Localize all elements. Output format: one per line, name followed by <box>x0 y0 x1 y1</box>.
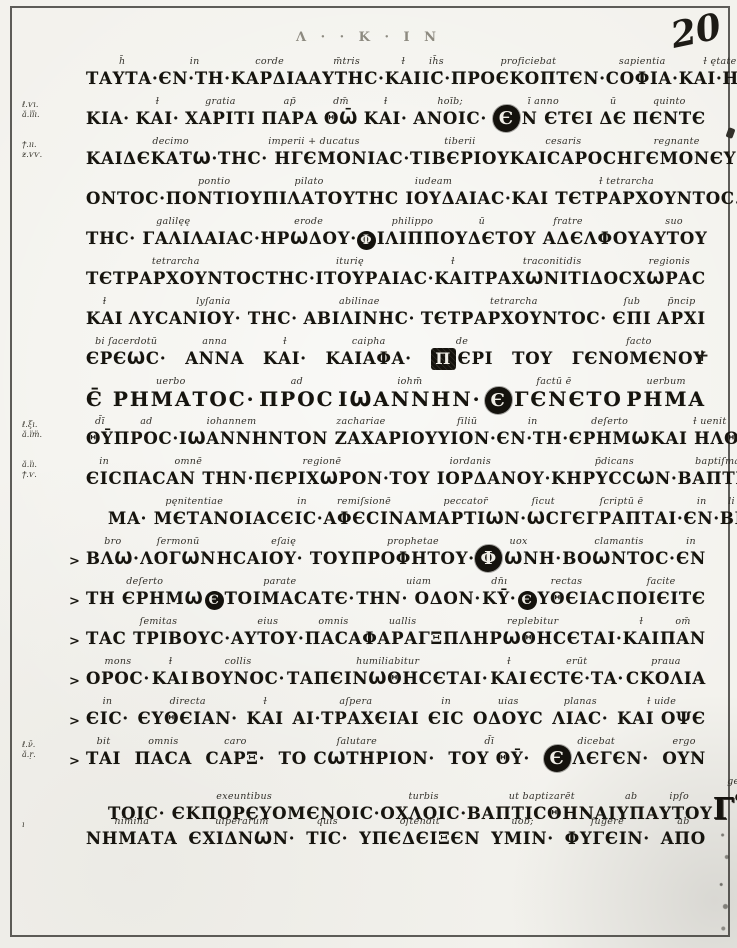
text-line: >broΒΛѠ·ſermonūΛΟΓѠΝeſaięΗСΑΙΟΥ· ΤΟΥprop… <box>86 536 706 576</box>
latin-gloss: ipſo <box>669 791 689 802</box>
latin-gloss: caro <box>224 736 246 747</box>
decorated-initial: Γ <box>713 799 735 821</box>
latin-gloss: ſub <box>624 296 641 307</box>
margin-section-note: ı <box>22 820 80 830</box>
word-pair: p̄ncipΑΡΧΙ <box>657 296 706 331</box>
greek-text: ΤΗС· ΓΑΛΙΛΑΙΑС· <box>86 227 261 251</box>
word-pair: tetrarchaΤЄΤΡΑΡΧΟΥΝΤΟС <box>86 256 266 291</box>
word-pair: pilatoΠΙΛΑΤΟΥ <box>263 176 356 211</box>
latin-gloss: clamantis <box>594 536 643 547</box>
latin-gloss: decimo <box>152 136 189 147</box>
greek-text: ЄΥΘЄΙΑС <box>518 587 616 611</box>
latin-gloss: tetrarcha <box>490 296 538 307</box>
decorated-initial: Φ <box>475 545 502 572</box>
word-pair: regnanteΗΓЄΜΟΝЄΥ <box>617 136 736 171</box>
text-line: >ſemitasΤΑС ΤΡΙΒΟΥС·eiusΑΥΤΟΥ·omnisΠΑСΑu… <box>86 616 706 656</box>
latin-gloss: caipha <box>352 336 386 347</box>
greek-text: ΥΠЄΔЄΙΞЄΝ <box>359 827 480 851</box>
greek-text: ΓЄΓΡΑΠΤΑΙ· <box>560 507 684 531</box>
latin-gloss: oſtendit <box>400 816 440 827</box>
word-pair: inЄΝ·ΤΗ· <box>158 56 230 91</box>
greek-text: ЄΙС· <box>86 707 129 731</box>
greek-text: ΙС̄· <box>422 67 451 91</box>
greek-text: ѠС <box>527 507 560 531</box>
greek-text: ЄΝ <box>676 547 706 571</box>
greek-text: ΚΑΙ <box>86 147 123 171</box>
greek-text: ΡΗΜΑ <box>626 387 706 411</box>
word-pair: inЄΝ·ΤΗ· <box>497 416 569 451</box>
greek-text: ΠЄΡΙΧѠΡΟΝ· <box>254 467 389 491</box>
latin-gloss: bi ſacerdotū <box>95 336 157 347</box>
word-pair: rectasЄΥΘЄΙΑС <box>518 576 616 611</box>
latin-gloss: proficiebat <box>500 56 556 67</box>
word-pair: omnisΠΑСΑ <box>305 616 363 651</box>
greek-text-rest: Ν ЄΤЄΙ <box>522 109 594 128</box>
word-pair: ΟΝΤΟС· <box>86 176 166 211</box>
greek-text: ΙѠΑΝΝΗΝ· <box>338 387 481 411</box>
word-pair: replebiturΠΛΗΡѠΘΗСЄΤΑΙ· <box>443 616 623 651</box>
latin-gloss: p̄dicans <box>595 456 634 467</box>
latin-gloss: ſemitas <box>140 616 178 627</box>
greek-text: ΒΟΥΝΟС· <box>191 667 285 691</box>
latin-gloss: iudeam <box>415 176 452 187</box>
latin-gloss: in <box>528 416 538 427</box>
latin-gloss: p̄ncip <box>667 296 695 307</box>
text-line: >inЄΙС·directaЄΥΘЄΙΑΝ·ɫΚΑΙaſperaΑΙ·ΤΡΑΧЄ… <box>86 696 706 736</box>
word-row: pęnitentiaeΜΑ· ΜЄΤΑΝΟΙΑСinЄΙС·remiſsionē… <box>108 496 706 531</box>
latin-gloss: uerbo <box>156 376 186 387</box>
latin-gloss: lyſania <box>196 296 231 307</box>
word-pair: uiperarumЄΧΙΔΝѠΝ· <box>189 816 296 851</box>
greek-text: ΦΙΛΙΠΠΟΥ <box>357 227 468 251</box>
decorated-initial: Є <box>205 591 224 610</box>
greek-text: ЄСΤЄ·ΤΑ· <box>529 667 624 691</box>
greek-text: ΛΥСΑΝΙΟΥ· ΤΗС· <box>129 307 298 331</box>
greek-text: ΒΙ <box>720 507 737 531</box>
word-pair: remiſsionēΑΦЄСΙΝ <box>323 496 404 531</box>
margin-section-note: ϯ.ıı.ƶ.ѵѵ. <box>22 140 80 160</box>
word-pair: abΑΠΟ <box>661 816 706 851</box>
word-pair: clamantisΒΟѠΝΤΟС· <box>562 536 675 571</box>
latin-gloss: ſermonū <box>157 536 200 547</box>
greek-text: ΔЄ <box>468 227 496 251</box>
text-line: >deſertoΤΗ ЄΡΗΜѠparateЄΤΟΙΜΑСΑΤЄ·uiamΤΗΝ… <box>86 576 706 616</box>
word-row: deſertoΤΗ ЄΡΗΜѠparateЄΤΟΙΜΑСΑΤЄ·uiamΤΗΝ·… <box>86 576 706 611</box>
word-pair: uiasΟΔΟΥС <box>473 696 543 731</box>
word-pair: adΠΡΟС· <box>114 416 179 451</box>
greek-text: ΘῩ <box>86 427 114 451</box>
greek-text: ΤΟΥ ΘῩ· <box>448 747 530 771</box>
latin-gloss: ɫ <box>169 656 173 667</box>
word-pair: iohannemΙѠΑΝΝΗΝ <box>179 416 284 451</box>
quotation-chevron: > <box>69 554 80 569</box>
greek-text: ΔЄ <box>599 107 627 131</box>
greek-text: Є̄ ΡΗΜΑΤΟС· <box>86 387 256 411</box>
latin-gloss: facto <box>626 336 652 347</box>
latin-gloss: uob; <box>511 816 533 827</box>
text-line: h̄ΤΑΥΤΑ·inЄΝ·ΤΗ·cordeΚΑΡΔΙΑm̄trisΑΥΤΗС·ɫ… <box>86 56 706 96</box>
greek-text: ΤΟΝ ΖΑΧΑΡΙΟΥ <box>284 427 438 451</box>
greek-text: ΚΑΙ ΤЄΤΡΑΡΧΟΥΝΤΟС. <box>512 187 737 211</box>
word-pair: quintoΠЄΝΤЄ <box>633 96 706 131</box>
latin-gloss: ɫ <box>384 96 388 107</box>
latin-gloss: baptiſma <box>695 456 737 467</box>
latin-gloss: anna <box>202 336 227 347</box>
greek-text: ΒΛѠ· <box>86 547 140 571</box>
latin-gloss <box>106 96 109 107</box>
latin-gloss: in <box>441 696 451 707</box>
greek-text: ΚΑΙ <box>434 267 471 291</box>
latin-gloss: turbis <box>408 791 438 802</box>
latin-gloss: exeuntibus <box>216 791 272 802</box>
greek-text: ΤΗС· ΗΓЄΜΟΝΙΑС· <box>218 147 410 171</box>
text-line: >monsΟΡΟС·ɫΚΑΙcollisΒΟΥΝΟС·humiliabiturΤ… <box>86 656 706 696</box>
latin-gloss: facite <box>647 576 676 587</box>
latin-gloss: ɫ tetrarcha <box>599 176 654 187</box>
latin-gloss: replebitur <box>507 616 559 627</box>
word-pair: deΠЄΡΙ <box>431 336 494 371</box>
latin-gloss: iordanis <box>450 456 491 467</box>
word-pair: ɫΚΑΙ· <box>364 96 408 131</box>
latin-gloss: corde <box>255 56 284 67</box>
text-line: pęnitentiaeΜΑ· ΜЄΤΑΝΟΙΑСinЄΙС·remiſsionē… <box>86 496 706 536</box>
greek-text: ΑΒΙΛΙΝΗС· <box>303 307 415 331</box>
latin-gloss: erūt <box>566 656 587 667</box>
latin-gloss: parate <box>263 576 296 587</box>
greek-text: ΠΑΡΑ <box>261 107 318 131</box>
word-pair: regionēΠЄΡΙΧѠΡΟΝ· <box>254 456 389 491</box>
word-pair: deſertoЄΡΗΜѠ <box>569 416 650 451</box>
word-pair: inЄΙС· <box>86 696 129 731</box>
greek-text: ЄΡЄѠС· <box>86 347 166 371</box>
greek-text: ΚΑΙ <box>152 667 189 691</box>
latin-gloss: remiſsionē <box>337 496 391 507</box>
word-row: ΚΙΑ·ɫΚΑΙ·gratiaΧΑΡΙΤΙap̄ΠΑΡΑdm̄ΘѠ̄ɫΚΑΙ·h… <box>86 96 706 131</box>
greek-text: ΚΑΙ· <box>263 347 307 371</box>
word-pair: eiusΑΥΤΟΥ· <box>231 616 305 651</box>
greek-text: ΠΑСΑΝ ΤΗΝ· <box>122 467 254 491</box>
greek-text: ΑΥΤΟΥ· <box>231 627 305 651</box>
latin-gloss <box>103 136 106 147</box>
word-pair: quisΤΙС· <box>306 816 348 851</box>
latin-gloss: ut baptizarēt <box>509 791 575 802</box>
greek-text: ΚΑΙ· <box>136 107 180 131</box>
greek-text: ΑΙ·ΤΡΑΧЄΙΑΙ <box>293 707 420 731</box>
decorated-initial: Π <box>431 348 456 370</box>
greek-text: ΟΡΟС· <box>86 667 150 691</box>
word-pair: imperii + ducatusΤΗС· ΗΓЄΜΟΝΙΑС· <box>218 136 410 171</box>
latin-gloss: ɫ <box>451 256 455 267</box>
greek-text: ЄΠΙ <box>613 307 652 331</box>
latin-gloss: uallis <box>389 616 417 627</box>
word-pair: p̄dicansΚΗΡΥССѠΝ· <box>551 456 677 491</box>
latin-gloss: uox <box>510 536 528 547</box>
greek-text: ΟΝΤΟС· <box>86 187 166 211</box>
word-pair: iordanisΤΟΥ ΙΟΡΔΑΝΟΥ· <box>390 456 552 491</box>
latin-gloss: in <box>99 456 109 467</box>
latin-gloss: tiberii <box>444 136 475 147</box>
greek-text: ΑΝΝΑ <box>185 347 244 371</box>
word-pair: proficiebatΠΡΟЄΚΟΠΤЄΝ· <box>451 56 606 91</box>
word-pair: geΓЄΝ <box>713 776 737 826</box>
greek-text: ΑΥΤΗС· <box>309 67 385 91</box>
latin-gloss: nimina <box>114 816 149 827</box>
greek-text: ΚΑΙΑΦΑ· <box>326 347 412 371</box>
latin-gloss: imperii + ducatus <box>268 136 359 147</box>
word-pair: zachariaeΤΟΝ ΖΑΧΑΡΙΟΥ <box>284 416 438 451</box>
decorated-initial: Φ <box>357 231 376 250</box>
word-pair: liΒΙ <box>720 496 737 531</box>
greek-text-rest: ЄΡΙ <box>458 349 494 368</box>
page-number: 20 <box>667 5 725 57</box>
latin-gloss: deſerto <box>126 576 163 587</box>
greek-text: ЄΤΟΙΜΑСΑΤЄ· <box>205 587 356 611</box>
greek-text: ЄΝ· <box>684 507 720 531</box>
word-row: inЄΙС·directaЄΥΘЄΙΑΝ·ɫΚΑΙaſperaΑΙ·ΤΡΑΧЄΙ… <box>86 696 706 731</box>
word-pair: gratiaΧΑΡΙΤΙ <box>185 96 256 131</box>
latin-gloss: bro <box>104 536 121 547</box>
greek-text: ΥΜΙΝ· <box>491 827 554 851</box>
word-pair: inЄΝ· <box>684 496 720 531</box>
greek-text: ΠΟΙЄΙΤЄ <box>616 587 706 611</box>
greek-text: ΑΥΤΟΥ <box>641 227 708 251</box>
word-pair: pontioΠΟΝΤΙΟΥ <box>166 176 263 211</box>
latin-gloss: ɫ <box>103 296 107 307</box>
latin-gloss: ad <box>291 376 303 387</box>
greek-text: ΚΑΙСΑΡΟС <box>510 147 617 171</box>
text-line: ıniminaΝΗΜΑΤΑuiperarumЄΧΙΔΝѠΝ·quisΤΙС·oſ… <box>86 816 706 856</box>
word-row: bi ſacerdotūЄΡЄѠС·annaΑΝΝΑɫΚΑΙ·caiphaΚΑΙ… <box>86 336 706 371</box>
latin-gloss: suo <box>665 216 683 227</box>
manuscript-page: Λ · · Κ · Ι Ν 20 + h̄ΤΑΥΤΑ·inЄΝ·ΤΗ·corde… <box>0 0 737 948</box>
greek-text: ΚΑΙ <box>623 627 660 651</box>
greek-text: ΧѠΡΑС <box>633 267 706 291</box>
latin-gloss: ɫ <box>156 96 160 107</box>
latin-gloss: directa <box>170 696 206 707</box>
word-row: uerboЄ̄ ΡΗΜΑΤΟС·adΠΡΟСiohm̄ΙѠΑΝΝΗΝ·factū… <box>86 376 706 411</box>
latin-gloss: dm̄ <box>333 96 349 107</box>
word-pair: factū ēЄΓЄΝЄΤΟ <box>485 376 623 411</box>
greek-text: ΠΡΟС· <box>114 427 179 451</box>
latin-gloss: iohannem <box>207 416 257 427</box>
word-pair: oſtenditΥΠЄΔЄΙΞЄΝ <box>359 816 480 851</box>
scan-artifact-noise <box>717 824 731 934</box>
latin-gloss: ſcriptū ē <box>600 496 644 507</box>
greek-text: ΑΜΑΡΤΙѠΝ· <box>405 507 527 531</box>
text-line: ℓ.ѵı.ӑ.ïïı. ΚΙΑ·ɫΚΑΙ·gratiaΧΑΡΙΤΙap̄ΠΑΡΑ… <box>86 96 706 136</box>
word-pair: tiberiiΤΙΒЄΡΙΟΥ <box>410 136 510 171</box>
word-pair: peccator̄ΑΜΑΡΤΙѠΝ· <box>405 496 527 531</box>
latin-gloss: fratre <box>553 216 583 227</box>
greek-text-rest: ΛЄΓЄΝ· <box>573 749 649 768</box>
greek-text: ΚΑΡΔΙΑ <box>231 67 309 91</box>
greek-text: ΟΔΟΥС <box>473 707 543 731</box>
word-pair: prauaСΚΟΛΙΑ <box>626 656 706 691</box>
latin-gloss: pilato <box>294 176 323 187</box>
latin-gloss: regnante <box>654 136 700 147</box>
word-row: monsΟΡΟС·ɫΚΑΙcollisΒΟΥΝΟС·humiliabiturΤΑ… <box>86 656 706 691</box>
word-row: ɫΚΑΙlyſaniaΛΥСΑΝΙΟΥ· ΤΗС·abilinaeΑΒΙΛΙΝΗ… <box>86 296 706 331</box>
latin-gloss <box>124 176 127 187</box>
word-pair: erūtЄСΤЄ·ΤΑ· <box>529 656 624 691</box>
word-pair: ΚΑΙ <box>86 136 123 171</box>
word-pair: niminaΝΗΜΑΤΑ <box>86 816 178 851</box>
latin-gloss: iohm̄ <box>397 376 422 387</box>
latin-gloss: deſerto <box>591 416 628 427</box>
word-pair: m̄trisΑΥΤΗС· <box>309 56 385 91</box>
latin-gloss: uias <box>498 696 519 707</box>
greek-text: ΓЄΝ <box>713 787 737 826</box>
word-pair: cordeΚΑΡΔΙΑ <box>231 56 309 91</box>
greek-text: ЄΝ·ΤΗ· <box>497 427 569 451</box>
latin-gloss: peccator̄ <box>443 496 488 507</box>
word-pair: uallisΦΑΡΑΓΞ <box>362 616 443 651</box>
greek-text-rest: ΤΟΙΜΑСΑΤЄ· <box>225 589 356 608</box>
latin-gloss: rectas <box>551 576 583 587</box>
word-pair: ΤΟΥ <box>512 336 553 371</box>
latin-gloss: in <box>103 696 113 707</box>
greek-text: ΒΑΠΤΙС <box>678 467 737 491</box>
latin-gloss: ɫ <box>507 656 511 667</box>
greek-text: ΧΑΡΙΤΙ <box>185 107 256 131</box>
greek-text: ΚΗΡΥССѠΝ· <box>551 467 677 491</box>
word-pair: uoxΦѠΝΗ· <box>475 536 562 571</box>
margin-section-note: ӑ.ïı.ϯ.ѵ. <box>22 460 80 480</box>
latin-gloss: ɫ uide <box>647 696 676 707</box>
word-row: niminaΝΗΜΑΤΑuiperarumЄΧΙΔΝѠΝ·quisΤΙС·oſt… <box>86 816 706 851</box>
word-pair: regionisΧѠΡΑС <box>633 256 706 291</box>
word-pair: bitΤΑΙ <box>86 736 121 771</box>
running-title: Λ · · Κ · Ι Ν <box>0 30 737 45</box>
word-pair: collisΒΟΥΝΟС· <box>191 656 285 691</box>
word-pair: eſaięΗСΑΙΟΥ· ΤΟΥ <box>217 536 351 571</box>
word-pair: fratreΤΟΥ ΑΔЄΛΦΟΥ <box>496 216 641 251</box>
greek-text-rest: ѠΝΗ· <box>504 549 562 568</box>
greek-text: ΠΡΟС <box>259 387 334 411</box>
greek-text: ΤΙС· <box>306 827 348 851</box>
word-pair: ſermonūΛΟΓѠΝ <box>140 536 216 571</box>
latin-gloss: d̄ī <box>95 416 105 427</box>
greek-text: ЄΓЄΝЄΤΟ <box>485 387 623 411</box>
greek-text: ΤЄΤΡΑΡΧΟΥΝΤΟС <box>86 267 266 291</box>
latin-gloss: mons <box>105 656 132 667</box>
greek-text-rest: ΥΘЄΙΑС <box>538 589 616 608</box>
word-pair: ɫ uenitΚΑΙ ΗΛΘЄΝ <box>650 416 737 451</box>
greek-text: ΤΗΝ· ΟΔΟΝ· <box>356 587 481 611</box>
latin-gloss: regionis <box>649 256 690 267</box>
word-pair: cesarisΚΑΙСΑΡΟС <box>510 136 617 171</box>
latin-gloss: ɫ uenit <box>693 416 726 427</box>
greek-text: ΚΑΙ <box>247 707 284 731</box>
word-pair: ɫΚΑΙ <box>152 656 189 691</box>
greek-text: ΤЄΤΡΑΡΧΟΥΝΤΟС· <box>421 307 607 331</box>
word-row: d̄īΘῩadΠΡΟС·iohannemΙѠΑΝΝΗΝzachariaeΤΟΝ … <box>86 416 706 451</box>
word-pair: ɫ ętateΚΑΙ·ΗΛΙ <box>679 56 737 91</box>
greek-text: ΠΟΝΤΙΟΥ <box>166 187 263 211</box>
latin-gloss: d̄ī <box>484 736 494 747</box>
greek-text: ΤΑΙ <box>86 747 121 771</box>
greek-text: ΛΟΓѠΝ <box>140 547 216 571</box>
latin-gloss: aſpera <box>339 696 372 707</box>
latin-gloss: collis <box>225 656 252 667</box>
word-row: broΒΛѠ·ſermonūΛΟΓѠΝeſaięΗСΑΙΟΥ· ΤΟΥproph… <box>86 536 706 571</box>
latin-gloss: abilinae <box>339 296 380 307</box>
latin-gloss: in <box>190 56 200 67</box>
latin-gloss: tetrarcha <box>152 256 200 267</box>
greek-text: ΠΑСΑ <box>135 747 193 771</box>
latin-gloss: hoīb; <box>437 96 463 107</box>
latin-gloss: eſaię <box>271 536 296 547</box>
latin-gloss: ū <box>479 216 485 227</box>
word-pair: ɫΚΑΙ <box>434 256 471 291</box>
latin-gloss: in <box>297 496 307 507</box>
word-pair: aſperaΑΙ·ΤΡΑΧЄΙΑΙ <box>293 696 420 731</box>
latin-gloss: uerbum <box>647 376 686 387</box>
greek-text: ΠΛΗΡѠΘΗСЄΤΑΙ· <box>443 627 623 651</box>
word-pair: parateЄΤΟΙΜΑСΑΤЄ· <box>205 576 356 611</box>
greek-text: СΟΦΙΑ· <box>606 67 679 91</box>
greek-text: ΠΙΛΑΤΟΥ <box>263 187 356 211</box>
word-row: ΚΑΙdecimoΔЄΚΑΤѠ·imperii + ducatusΤΗС· ΗΓ… <box>86 136 706 171</box>
latin-gloss: ſicut <box>532 496 555 507</box>
word-pair: sapientiaСΟΦΙΑ· <box>606 56 679 91</box>
word-pair: dicebatЄΛЄΓЄΝ· <box>544 736 649 771</box>
text-line: ΟΝΤΟС·pontioΠΟΝΤΙΟΥpilatoΠΙΛΑΤΟΥiudeamΤΗ… <box>86 176 706 216</box>
latin-gloss: omnē <box>174 456 202 467</box>
word-pair: inЄΙС <box>86 456 122 491</box>
word-pair: philippoΦΙΛΙΠΠΟΥ <box>357 216 468 251</box>
greek-text: ЄΡΗΜѠ <box>569 427 650 451</box>
latin-gloss: humiliabitur <box>356 656 419 667</box>
word-pair: ɫΚΑΙ· <box>136 96 180 131</box>
quotation-chevron: > <box>69 754 80 769</box>
word-pair: ɫΚΑΙ <box>490 656 527 691</box>
greek-text: ΒΟѠΝΤΟС· <box>562 547 675 571</box>
greek-text: ЄΝ ЄΤЄΙ <box>493 107 594 131</box>
greek-text: ΤΑΥΤΑ· <box>86 67 158 91</box>
text-line: ɫΚΑΙlyſaniaΛΥСΑΝΙΟΥ· ΤΗС·abilinaeΑΒΙΛΙΝΗ… <box>86 296 706 336</box>
text-line: ℓ.ν̄.ӑ.ṛ.>bitΤΑΙomnisΠΑСΑcaroСΑΡΞ·ſaluta… <box>86 736 706 776</box>
latin-gloss: in <box>697 496 707 507</box>
text-line: exeuntibusΤΟΙС· ЄΚΠΟΡЄΥΟΜЄΝΟΙС·turbisΟΧΛ… <box>86 776 706 816</box>
word-pair: ūΔЄ <box>468 216 496 251</box>
word-pair: adΠΡΟС <box>259 376 334 411</box>
word-pair: fugereΦΥΓЄΙΝ· <box>565 816 650 851</box>
word-pair: abilinaeΑΒΙΛΙΝΗС· <box>303 296 415 331</box>
greek-text: ΚΑΙ· <box>364 107 408 131</box>
quotation-chevron: > <box>69 594 80 609</box>
word-pair: uerbumΡΗΜΑ <box>626 376 706 411</box>
greek-text: ΑΦЄСΙΝ <box>323 507 404 531</box>
word-pair: galilęęΤΗС· ΓΑΛΙΛΑΙΑС· <box>86 216 261 251</box>
greek-text: ΚΑΙ ΗΛΘЄΝ <box>650 427 737 451</box>
word-pair: ɫ uideΚΑΙ ΟΨЄ <box>617 696 706 731</box>
word-pair: bi ſacerdotūЄΡЄѠС· <box>86 336 166 371</box>
latin-gloss: ab <box>677 816 689 827</box>
word-row: galilęęΤΗС· ΓΑΛΙΛΑΙΑС·erodeΗΡѠΔΟΥ·philip… <box>86 216 706 251</box>
greek-text: ΚΑΙ ΟΨЄ <box>617 707 706 731</box>
word-pair: uiamΤΗΝ· ΟΔΟΝ· <box>356 576 481 611</box>
greek-text: ΜΑ· ΜЄΤΑΝΟΙΑС <box>108 507 281 531</box>
word-pair: ɫΚΑΙ <box>247 696 284 731</box>
decorated-initial: Є <box>485 387 512 414</box>
text-body: h̄ΤΑΥΤΑ·inЄΝ·ΤΗ·cordeΚΑΡΔΙΑm̄trisΑΥΤΗС·ɫ… <box>86 56 706 856</box>
greek-text: ΠЄΝΤЄ <box>633 107 706 131</box>
word-pair: directaЄΥΘЄΙΑΝ· <box>138 696 238 731</box>
latin-gloss: ɫ <box>263 696 267 707</box>
greek-text: ЄΙС <box>428 707 464 731</box>
word-pair: ſicutѠС <box>527 496 560 531</box>
